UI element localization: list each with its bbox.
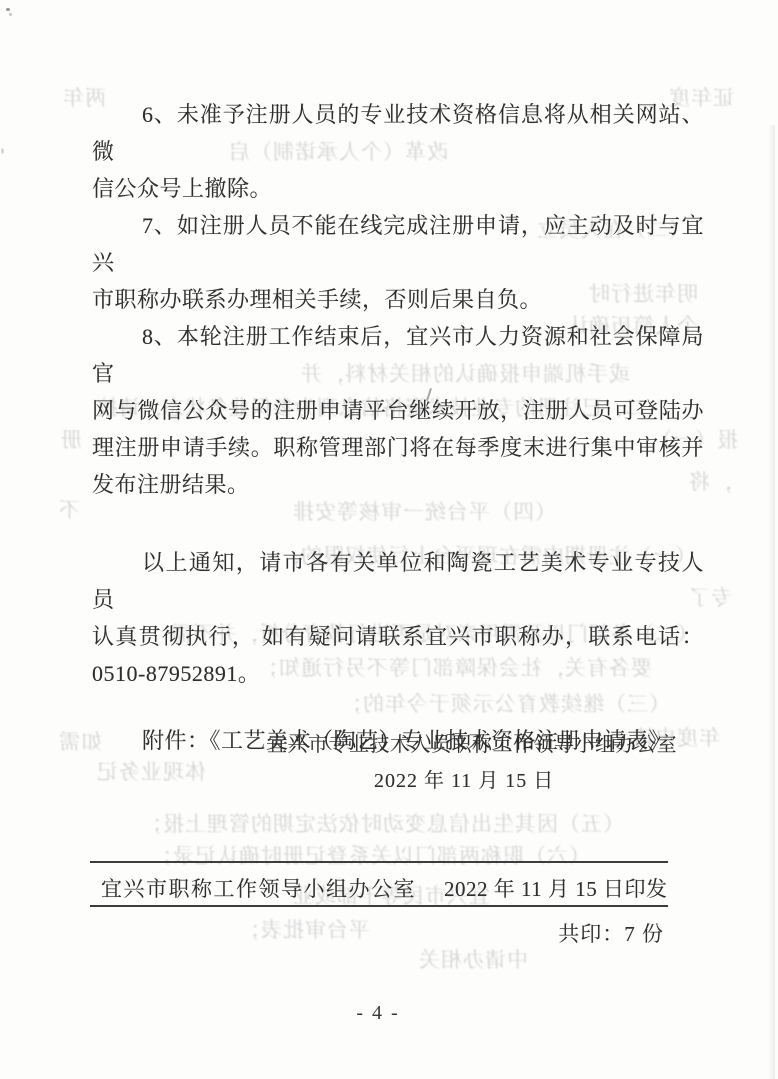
paragraph-8-line: 网与微信公众号的注册申请平台继续开放，注册人员可登陆办	[92, 392, 704, 429]
paragraph-8: 8、本轮注册工作结束后，宜兴市人力资源和社会保障局官 网与微信公众号的注册申请平…	[92, 318, 704, 503]
paragraph-6: 6、未准予注册人员的专业技术资格信息将从相关网站、微 信公众号上撤除。	[92, 96, 704, 207]
colophon-bottom-rule	[90, 905, 668, 907]
closing-notice-line: 认真贯彻执行， 如有疑问请联系宜兴市职称办，联系电话：	[92, 618, 704, 655]
bleedthrough-text: 不	[58, 498, 80, 522]
bleedthrough-text: 中请办相关	[418, 948, 528, 972]
paragraph-8-line: 发布注册结果。	[92, 466, 704, 503]
signature-date: 2022 年 11 月 15 日	[374, 764, 554, 793]
scan-speck	[6, 8, 10, 11]
paragraph-7-line: 7、如注册人员不能在线完成注册申请，应主动及时与宜兴	[92, 207, 704, 281]
colophon-copies-count: 共印：7 份	[558, 918, 664, 948]
paragraph-7: 7、如注册人员不能在线完成注册申请，应主动及时与宜兴 市职称办联系办理相关手续，…	[92, 207, 704, 318]
colophon-issuer: 宜兴市职称工作领导小组办公室	[101, 873, 416, 903]
signature-organization: 宜兴市专业技术人员职称工作领导小组办公室	[267, 728, 677, 757]
closing-notice-line: 以上通知，请市各有关单位和陶瓷工艺美术专业专技人员	[92, 544, 704, 618]
scan-edge-shadow	[768, 125, 775, 1079]
scan-speck	[1, 148, 4, 154]
bleedthrough-text: 体现业务记	[96, 760, 206, 784]
page-number: - 4 -	[0, 1002, 756, 1025]
bleedthrough-text: （六）职称两部门以关系登记册时确认记录；	[150, 844, 590, 868]
scan-speck	[9, 13, 12, 16]
scanned-document-page: 两年证年度改革（个人承诺制）启（二）在人员立明年进行时个人简历确认或手机端申报确…	[0, 0, 778, 1079]
document-body: 6、未准予注册人员的专业技术资格信息将从相关网站、微 信公众号上撤除。 7、如注…	[92, 96, 704, 759]
paragraph-8-line: 理注册申请手续。职称管理部门将在每季度末进行集中审核并	[92, 429, 704, 466]
bleedthrough-text: 平台审批表；	[238, 918, 370, 942]
contact-phone-line: 0510-87952891。	[92, 655, 704, 692]
paragraph-7-line: 市职称办联系办理相关手续，否则后果自负。	[92, 281, 704, 318]
paragraph-6-line: 6、未准予注册人员的专业技术资格信息将从相关网站、微	[92, 96, 704, 170]
colophon-top-rule	[90, 861, 668, 863]
closing-notice: 以上通知，请市各有关单位和陶瓷工艺美术专业专技人员 认真贯彻执行， 如有疑问请联…	[92, 544, 704, 692]
bleedthrough-text: （五）因其生出信息变动时依法定期的管理上报；	[140, 812, 624, 836]
paragraph-6-line: 信公众号上撤除。	[92, 170, 704, 207]
bleedthrough-text: 册	[60, 428, 82, 452]
paragraph-8-line: 8、本轮注册工作结束后，宜兴市人力资源和社会保障局官	[92, 318, 704, 392]
colophon-print-date: 2022 年 11 月 15 日印发	[444, 873, 667, 903]
